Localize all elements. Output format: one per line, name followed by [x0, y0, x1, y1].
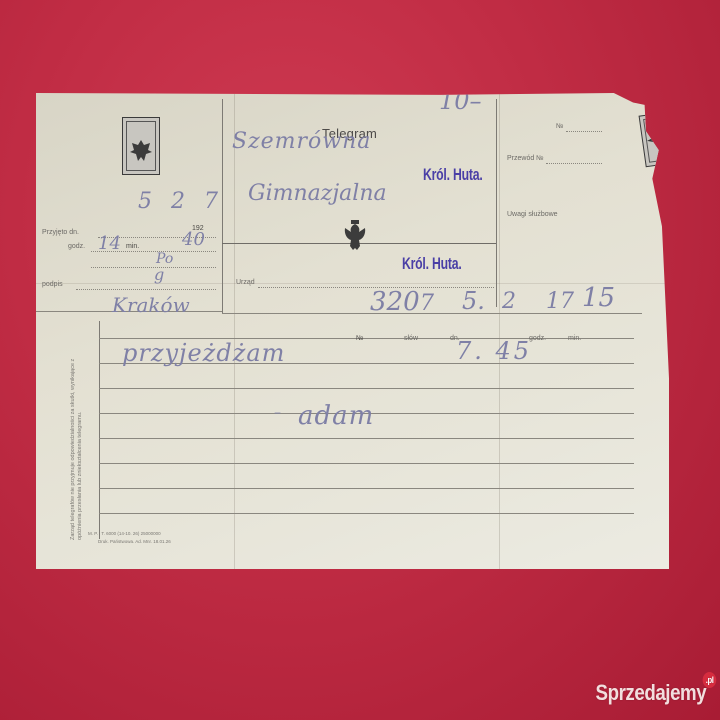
label-nr: №	[356, 335, 364, 342]
handwritten-origin-office: Kraków	[112, 293, 190, 317]
revenue-stamp-eagle	[122, 117, 160, 175]
field-line	[566, 131, 602, 132]
fold-line	[234, 93, 235, 569]
header-divider-right	[496, 99, 497, 307]
handwritten-dash: –	[274, 405, 281, 421]
handwritten-minute: 15	[582, 283, 615, 313]
label-przewod: Przewód №	[507, 155, 544, 162]
handwritten-recipient-1: Szemrówna	[232, 129, 371, 154]
handwritten-hour: 17	[546, 289, 574, 314]
watermark-logo: Sprzedajemy .pl	[595, 680, 706, 706]
label-przyjeto: Przyjęto dn.	[42, 229, 79, 236]
handwritten-message-line1: przyjeżdżam	[122, 339, 285, 367]
fold-line	[499, 93, 500, 569]
watermark-brand: Sprzedajemy	[595, 680, 706, 705]
message-line	[99, 513, 634, 514]
label-min2: min.	[568, 335, 581, 342]
label-number-top: №	[556, 123, 564, 130]
side-notice: Zarząd telegrafów nie przyjmuje odpowied…	[70, 335, 120, 540]
office-stamp: Król. Huta.	[423, 165, 483, 185]
watermark-tld: .pl	[703, 672, 717, 688]
handwritten-received-date: 5 2 7	[138, 189, 224, 214]
label-urzad: Urząd	[236, 279, 255, 286]
handwritten-recipient-2: Gimnazjalna	[248, 181, 387, 206]
handwritten-received-min: 40	[182, 229, 205, 250]
message-line	[99, 463, 634, 464]
handwritten-word-count: 7	[420, 291, 434, 316]
handwritten-message-time: 7. 45	[456, 337, 532, 365]
message-line	[99, 438, 634, 439]
label-uwagi: Uwagi służbowe	[507, 211, 558, 218]
field-line	[76, 289, 216, 290]
handwritten-number: 10–	[439, 87, 482, 115]
office-stamp: Król. Huta.	[402, 254, 462, 274]
field-line	[546, 163, 602, 164]
message-line	[99, 388, 634, 389]
handwritten-month: 2	[502, 289, 516, 314]
telegram-document: Telegram № Przewód № Uwagi służbowe Przy…	[36, 93, 678, 569]
polish-eagle-icon	[342, 220, 368, 254]
handwritten-msg-number: 320	[370, 287, 420, 317]
handwritten-message-line2: adam	[298, 401, 374, 431]
label-min: min.	[126, 243, 139, 250]
cross-emblem-icon	[645, 124, 674, 153]
label-godz: godz.	[68, 243, 85, 250]
label-slow: słów	[404, 335, 418, 342]
label-podpis: podpis	[42, 281, 63, 288]
revenue-stamp-right	[639, 111, 682, 168]
eagle-icon	[126, 136, 156, 166]
handwritten-signature-mark: g	[154, 265, 164, 284]
message-line	[99, 488, 634, 489]
handwritten-day: 5.	[462, 287, 485, 315]
handwritten-received-hour: 14	[98, 233, 121, 254]
